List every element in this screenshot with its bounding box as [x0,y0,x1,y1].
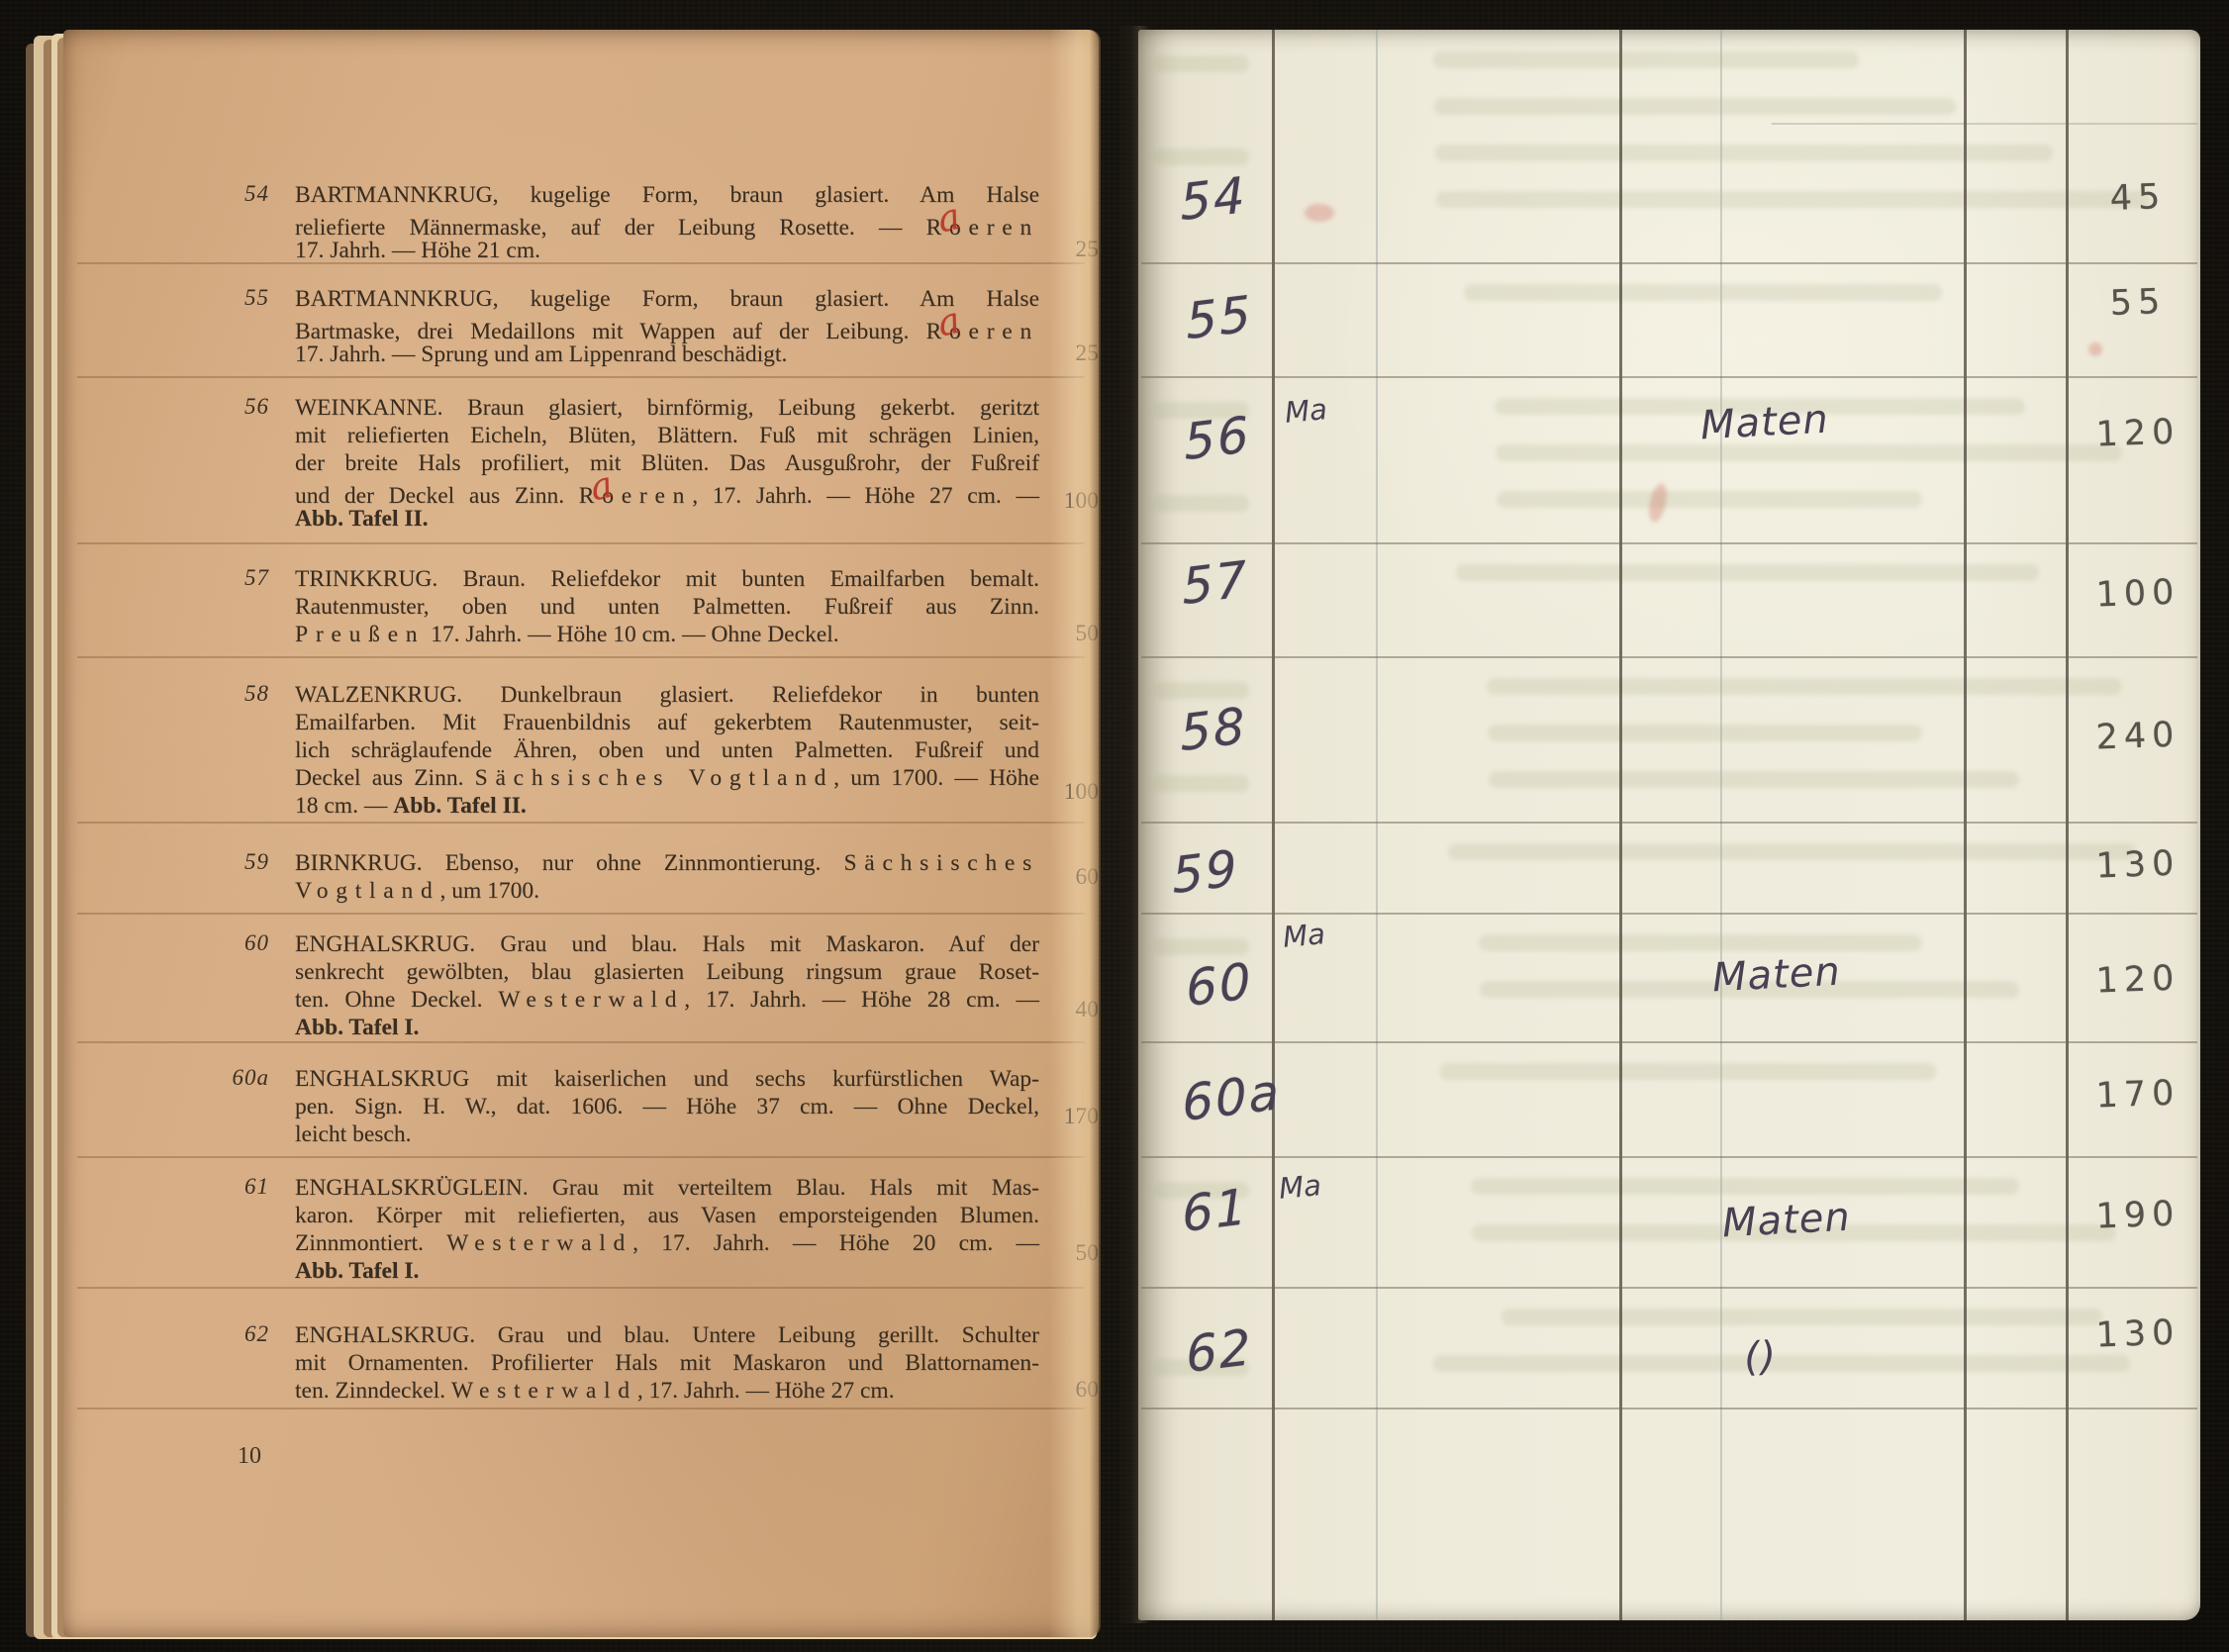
text-segment: WEINKANNE. Braun glasiert, birnförmig, L… [295,395,1039,421]
bold-text: Abb. Tafel I. [295,1258,419,1284]
showthrough-line [1154,55,1249,72]
ruled-horizontal-line [1141,913,2197,915]
ledger-lot-number: 55 [1185,285,1254,350]
showthrough-line [1479,934,1922,951]
text-segment: leicht besch. [295,1121,411,1147]
ledger-price: 120 [2063,411,2212,455]
ledger-lot-number: 61 [1181,1178,1250,1243]
text-segment: , 17. Jahrh. — Höhe 28 cm. — [684,987,1039,1013]
text-segment: ten. Zinndeckel. [295,1378,451,1404]
showthrough-line [1488,725,1922,741]
entry-price: 100 [1010,779,1099,806]
text-segment: mit Ornamenten. Profilierter Hals mit Ma… [295,1350,1039,1376]
text-segment: karon. Körper mit reliefierten, aus Vase… [295,1203,1039,1228]
showthrough-line [1436,191,2150,208]
entry-text-line: Abb. Tafel I. [295,1014,1039,1041]
entry-lot-number: 56 [158,394,269,420]
ruled-horizontal-line [1141,1041,2197,1043]
showthrough-line [1154,148,1249,165]
entry-text-line: Abb. Tafel II. [295,505,1039,533]
ledger-price: 170 [2063,1072,2212,1117]
ruled-vertical-line [1619,30,1622,1620]
ruled-horizontal-line [77,1156,1085,1158]
ruled-horizontal-line [1141,822,2197,824]
showthrough-line [1433,1355,2130,1372]
entry-price: 50 [1010,621,1099,647]
ruled-horizontal-line [77,1041,1085,1043]
text-segment: 17. Jahrh. — Höhe 21 cm. [295,238,540,263]
entry-text-line: 17. Jahrh. — Höhe 21 cm. [295,237,1039,264]
bold-text: Abb. Tafel II. [393,793,527,819]
text-segment: 17. Jahrh. — Höhe 10 cm. — Ohne Deckel. [425,622,838,647]
entry-text: ENGHALSKRUG. Grau und blau. Untere Leibu… [295,1321,1039,1405]
entry-text-line: ENGHALSKRUG. Grau und blau. Hals mit Mas… [295,930,1039,958]
text-segment: pen. Sign. H. W., dat. 1606. — Höhe 37 c… [295,1094,1039,1119]
entry-text: BIRNKRUG. Ebenso, nur ohne Zinnmontierun… [295,849,1039,905]
ledger-price: 120 [2063,957,2212,1002]
entry-price: 60 [1010,864,1099,891]
entry-text: ENGHALSKRUG mit kaiserlichen und sechs k… [295,1065,1039,1148]
entry-text-line: Vogtland, um 1700. [295,877,1039,905]
ledger-note: Ma [1284,392,1329,430]
entry-text-line: leicht besch. [295,1120,1039,1148]
showthrough-line [1464,284,1942,301]
letterspaced-text: eren [622,483,692,509]
letterspaced-text: Westerwald [451,1378,637,1404]
entry-text-line: pen. Sign. H. W., dat. 1606. — Höhe 37 c… [295,1093,1039,1120]
ledger-lot-number: 62 [1185,1318,1254,1384]
entry-text-line: karon. Körper mit reliefierten, aus Vase… [295,1202,1039,1229]
text-segment: Deckel aus Zinn. [295,765,475,791]
showthrough-line [1434,98,1956,115]
text-segment: ENGHALSKRÜGLEIN. Grau mit verteiltem Bla… [295,1175,1039,1201]
entry-text: ENGHALSKRÜGLEIN. Grau mit verteiltem Bla… [295,1174,1039,1285]
entry-lot-number: 58 [158,681,269,707]
entry-text-line: ENGHALSKRÜGLEIN. Grau mit verteiltem Bla… [295,1174,1039,1202]
showthrough-line [1471,1178,2019,1195]
showthrough-line [1502,1309,2102,1325]
entry-text-line: und der Deckel aus Zinn. Roaeren, 17. Ja… [295,477,1039,505]
entry-lot-number: 54 [158,181,269,207]
ledger-lot-number: 60 [1185,952,1254,1018]
text-segment: , 17. Jahrh. — Höhe 27 cm. — [692,483,1039,509]
text-segment: , 17. Jahrh. — Höhe 20 cm. — [632,1230,1039,1256]
entry-lot-number: 57 [158,565,269,591]
text-segment: Emailfarben. Mit Frauenbildnis auf geker… [295,710,1039,735]
showthrough-line [1435,145,2053,161]
entry-text: TRINKKRUG. Braun. Reliefdekor mit bunten… [295,565,1039,648]
ruled-horizontal-line [1141,1156,2197,1158]
ledger-buyer-note: () [1743,1333,1779,1381]
text-segment: der breite Hals profiliert, mit Blüten. … [295,450,1039,476]
entry-text-line: Preußen 17. Jahrh. — Höhe 10 cm. — Ohne … [295,621,1039,648]
entry-lot-number: 62 [158,1321,269,1347]
text-segment: , um 1700. [439,878,539,904]
ruled-horizontal-line [1772,123,2197,125]
text-segment: BARTMANNKRUG, kugelige Form, braun glasi… [295,182,1039,208]
ledger-price: 130 [2063,1312,2212,1356]
showthrough-line [1489,771,2019,788]
ledger-lot-number: 57 [1181,550,1250,616]
entry-text-line: Zinnmontiert. Westerwald, 17. Jahrh. — H… [295,1229,1039,1257]
bold-text: Abb. Tafel I. [295,1015,419,1040]
entry-lot-number: 60a [158,1065,269,1091]
ledger-lot-number: 59 [1171,839,1240,905]
ruled-vertical-line-faint [1376,30,1378,1620]
entry-price: 25 [1010,237,1099,263]
book-spread-scan: 54BARTMANNKRUG, kugelige Form, braun gla… [0,0,2229,1652]
ledger-price: 130 [2063,842,2212,887]
entry-text-line: ten. Zinndeckel. Westerwald, 17. Jahrh. … [295,1377,1039,1405]
entry-text-line: BARTMANNKRUG, kugelige Form, braun glasi… [295,181,1039,209]
text-segment: WALZENKRUG. Dunkelbraun glasiert. Relief… [295,682,1039,708]
text-segment: Zinnmontiert. [295,1230,446,1256]
letterspaced-text: Vogtland [295,878,439,904]
text-segment: , 17. Jahrh. — Höhe 27 cm. [637,1378,895,1404]
ledger-lot-number: 58 [1179,697,1248,762]
showthrough-line [1496,444,2122,461]
showthrough-line [1448,843,2136,860]
showthrough-line [1154,938,1249,955]
showthrough-line [1497,491,1922,508]
ruled-horizontal-line [77,376,1085,378]
entry-price: 50 [1010,1240,1099,1267]
ruled-horizontal-line [1141,1408,2197,1409]
text-segment: mit reliefierten Eicheln, Blüten, Blätte… [295,423,1039,448]
entry-text-line: BIRNKRUG. Ebenso, nur ohne Zinnmontierun… [295,849,1039,877]
red-ink-smudge [1305,204,1334,222]
text-segment: ten. Ohne Deckel. [295,987,498,1013]
ledger-buyer-note: Maten [1711,949,1842,1002]
letterspaced-text: Westerwald [498,987,684,1013]
showthrough-line [1456,564,2039,581]
entry-lot-number: 60 [158,930,269,956]
red-ink-smudge [2088,342,2102,356]
ruled-horizontal-line [77,656,1085,658]
showthrough-line [1440,1063,1936,1080]
entry-text: BARTMANNKRUG, kugelige Form, braun glasi… [295,285,1039,368]
ledger-lot-number: 60a [1181,1063,1283,1132]
text-segment: lich schräglaufende Ähren, oben und unte… [295,737,1039,763]
ruled-horizontal-line [1141,262,2197,264]
page-number: 10 [238,1443,261,1470]
right-ledger-page: 5445555556MaMaten12057100582405913060MaM… [1138,30,2200,1620]
entry-text-line: Rautenmuster, oben und unten Palmetten. … [295,593,1039,621]
entry-lot-number: 61 [158,1174,269,1200]
ledger-lot-number: 56 [1183,406,1252,471]
entry-price: 25 [1010,340,1099,367]
entry-text: ENGHALSKRUG. Grau und blau. Hals mit Mas… [295,930,1039,1041]
entry-price: 60 [1010,1377,1099,1404]
entry-lot-number: 55 [158,285,269,311]
ruled-horizontal-line [77,822,1085,824]
showthrough-line [1433,51,1859,68]
ledger-price: 55 [2063,280,2212,325]
text-segment: ENGHALSKRUG. Grau und blau. Hals mit Mas… [295,931,1039,957]
text-segment: BIRNKRUG. Ebenso, nur ohne Zinnmontierun… [295,850,843,876]
text-segment: BARTMANNKRUG, kugelige Form, braun glasi… [295,286,1039,312]
text-segment: TRINKKRUG. Braun. Reliefdekor mit bunten… [295,566,1039,592]
entry-price: 100 [1010,488,1099,515]
letterspaced-text: Westerwald [446,1230,632,1256]
showthrough-line [1154,775,1249,792]
ruled-vertical-line [1964,30,1967,1620]
ruled-horizontal-line [77,1287,1085,1289]
ruled-vertical-line [2066,30,2069,1620]
entry-text-line: Abb. Tafel I. [295,1257,1039,1285]
text-segment: 18 cm. — [295,793,393,819]
entry-lot-number: 59 [158,849,269,875]
text-segment: , um 1700. — Höhe [833,765,1039,791]
letterspaced-text: Sächsisches Vogtland [475,765,834,791]
entry-text-line: Bartmaske, drei Medaillons mit Wappen au… [295,313,1039,340]
left-catalog-page: 54BARTMANNKRUG, kugelige Form, braun gla… [63,30,1099,1637]
showthrough-line [1487,678,2122,695]
ruled-horizontal-line [77,542,1085,544]
entry-text-line: ENGHALSKRUG mit kaiserlichen und sechs k… [295,1065,1039,1093]
ledger-price: 45 [2063,175,2212,220]
letterspaced-text: Preußen [295,622,425,647]
entry-text-line: senkrecht gewölbten, blau glasierten Lei… [295,958,1039,986]
ruled-horizontal-line [1141,1287,2197,1289]
ruled-horizontal-line [1141,656,2197,658]
entry-text-line: mit Ornamenten. Profilierter Hals mit Ma… [295,1349,1039,1377]
ruled-horizontal-line [77,913,1085,915]
entry-text-line: BARTMANNKRUG, kugelige Form, braun glasi… [295,285,1039,313]
entry-text-line: reliefierte Männermaske, auf der Leibung… [295,209,1039,237]
ruled-horizontal-line [77,1408,1085,1409]
ledger-lot-number: 54 [1179,166,1248,232]
ruled-vertical-line [1272,30,1275,1620]
text-segment: ENGHALSKRUG. Grau und blau. Untere Leibu… [295,1322,1039,1348]
showthrough-line [1154,682,1249,699]
ledger-buyer-note: Maten [1721,1195,1852,1247]
entry-text-line: der breite Hals profiliert, mit Blüten. … [295,449,1039,477]
ledger-note: Ma [1278,1168,1323,1206]
entry-text-line: TRINKKRUG. Braun. Reliefdekor mit bunten… [295,565,1039,593]
text-segment: Rautenmuster, oben und unten Palmetten. … [295,594,1039,620]
entry-price: 170 [1010,1104,1099,1130]
ledger-buyer-note: Maten [1699,397,1830,449]
entry-text-line: 18 cm. — Abb. Tafel II. [295,792,1039,820]
entry-text-line: Emailfarben. Mit Frauenbildnis auf geker… [295,709,1039,736]
entry-text: BARTMANNKRUG, kugelige Form, braun glasi… [295,181,1039,264]
ledger-price: 100 [2063,571,2212,616]
ledger-note: Ma [1282,917,1327,954]
ruled-horizontal-line [1141,542,2197,544]
entry-text-line: ten. Ohne Deckel. Westerwald, 17. Jahrh.… [295,986,1039,1014]
text-segment: ENGHALSKRUG mit kaiserlichen und sechs k… [295,1066,1039,1092]
entry-text-line: WALZENKRUG. Dunkelbraun glasiert. Relief… [295,681,1039,709]
entry-text: WALZENKRUG. Dunkelbraun glasiert. Relief… [295,681,1039,820]
entry-text: WEINKANNE. Braun glasiert, birnförmig, L… [295,394,1039,533]
entry-text-line: ENGHALSKRUG. Grau und blau. Untere Leibu… [295,1321,1039,1349]
entry-text-line: Deckel aus Zinn. Sächsisches Vogtland, u… [295,764,1039,792]
ledger-price: 190 [2063,1193,2212,1237]
entry-text-line: mit reliefierten Eicheln, Blüten, Blätte… [295,422,1039,449]
bold-text: Abb. Tafel II. [295,506,429,532]
ruled-vertical-line-faint [1720,30,1722,1620]
text-segment: 17. Jahrh. — Sprung und am Lippenrand be… [295,341,787,367]
text-segment: senkrecht gewölbten, blau glasierten Lei… [295,959,1039,985]
entry-text-line: lich schräglaufende Ähren, oben und unte… [295,736,1039,764]
entry-text-line: 17. Jahrh. — Sprung und am Lippenrand be… [295,340,1039,368]
showthrough-line [1154,495,1249,512]
entry-text-line: WEINKANNE. Braun glasiert, birnförmig, L… [295,394,1039,422]
ledger-price: 240 [2063,714,2212,758]
ruled-horizontal-line [1141,376,2197,378]
entry-price: 40 [1010,997,1099,1023]
